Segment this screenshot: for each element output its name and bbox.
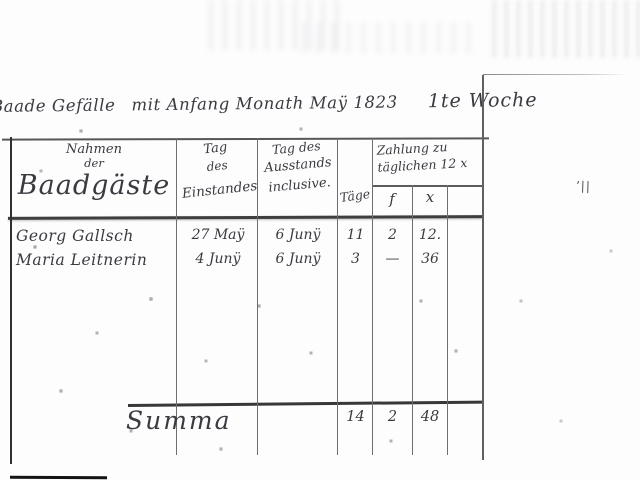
page-edge-horizontal-line xyxy=(483,74,628,75)
column-header-kreuzer: x xyxy=(412,188,448,206)
table-right-border xyxy=(482,75,484,460)
summa-days-value: 14 xyxy=(338,409,373,425)
column-header-days: Täge xyxy=(336,186,374,206)
column-header-departure-day: Tag des Ausstands inclusive. xyxy=(256,137,340,197)
title-segment: mit Anfang Monath Maÿ 1823 xyxy=(131,93,398,115)
summa-kreuzer-value: 48 xyxy=(412,409,448,425)
betrag-subheader-line xyxy=(373,185,483,187)
departure-date: 6 Junÿ xyxy=(259,251,337,267)
scan-edge-bar xyxy=(10,476,107,480)
header-names-line3: Baadgäste xyxy=(11,170,177,201)
header-names-line2: der xyxy=(11,156,177,170)
column-header-names: Nahmen der Baadgäste xyxy=(11,142,177,201)
guest-name: Georg Gallsch xyxy=(16,227,176,245)
days-value: 11 xyxy=(338,227,373,243)
column-header-entry-day: Tag des Einstandes xyxy=(174,137,261,202)
header-names-line1: Nahmen xyxy=(11,142,177,157)
paper-speckles xyxy=(0,0,2,2)
florin-value: 2 xyxy=(373,227,412,243)
florin-value: — xyxy=(373,251,412,267)
column-header-amount-group: Zahlung zu täglichen 12 x xyxy=(376,137,484,175)
document-title: Baade Gefällemit Anfang Monath Maÿ 18231… xyxy=(0,89,531,117)
title-segment: Baade Gefälle xyxy=(0,96,116,116)
scanned-document-page: Baade Gefällemit Anfang Monath Maÿ 18231… xyxy=(0,0,640,480)
stray-ink-mark: ’|| xyxy=(576,179,591,194)
column-header-florin: f xyxy=(372,190,412,208)
guest-name: Maria Leitnerin xyxy=(16,251,176,269)
header-entry-line3: Einstandes xyxy=(179,178,261,202)
kreuzer-value: 12. xyxy=(412,227,448,243)
summa-florin-value: 2 xyxy=(373,409,412,425)
departure-date: 6 Junÿ xyxy=(259,227,337,243)
header-departure-line3: inclusive. xyxy=(259,174,340,196)
scan-noise-streak xyxy=(492,0,640,58)
table-column-line xyxy=(372,138,373,455)
summa-label: Summa xyxy=(126,406,232,435)
entry-date: 27 Maÿ xyxy=(179,227,257,243)
header-departure-line2: Ausstands xyxy=(257,155,338,177)
entry-date: 4 Junÿ xyxy=(179,251,257,267)
scan-noise-streak xyxy=(300,22,480,54)
kreuzer-value: 36 xyxy=(412,251,448,267)
days-value: 3 xyxy=(338,251,373,267)
header-amount-line2: täglichen 12 x xyxy=(377,154,484,175)
